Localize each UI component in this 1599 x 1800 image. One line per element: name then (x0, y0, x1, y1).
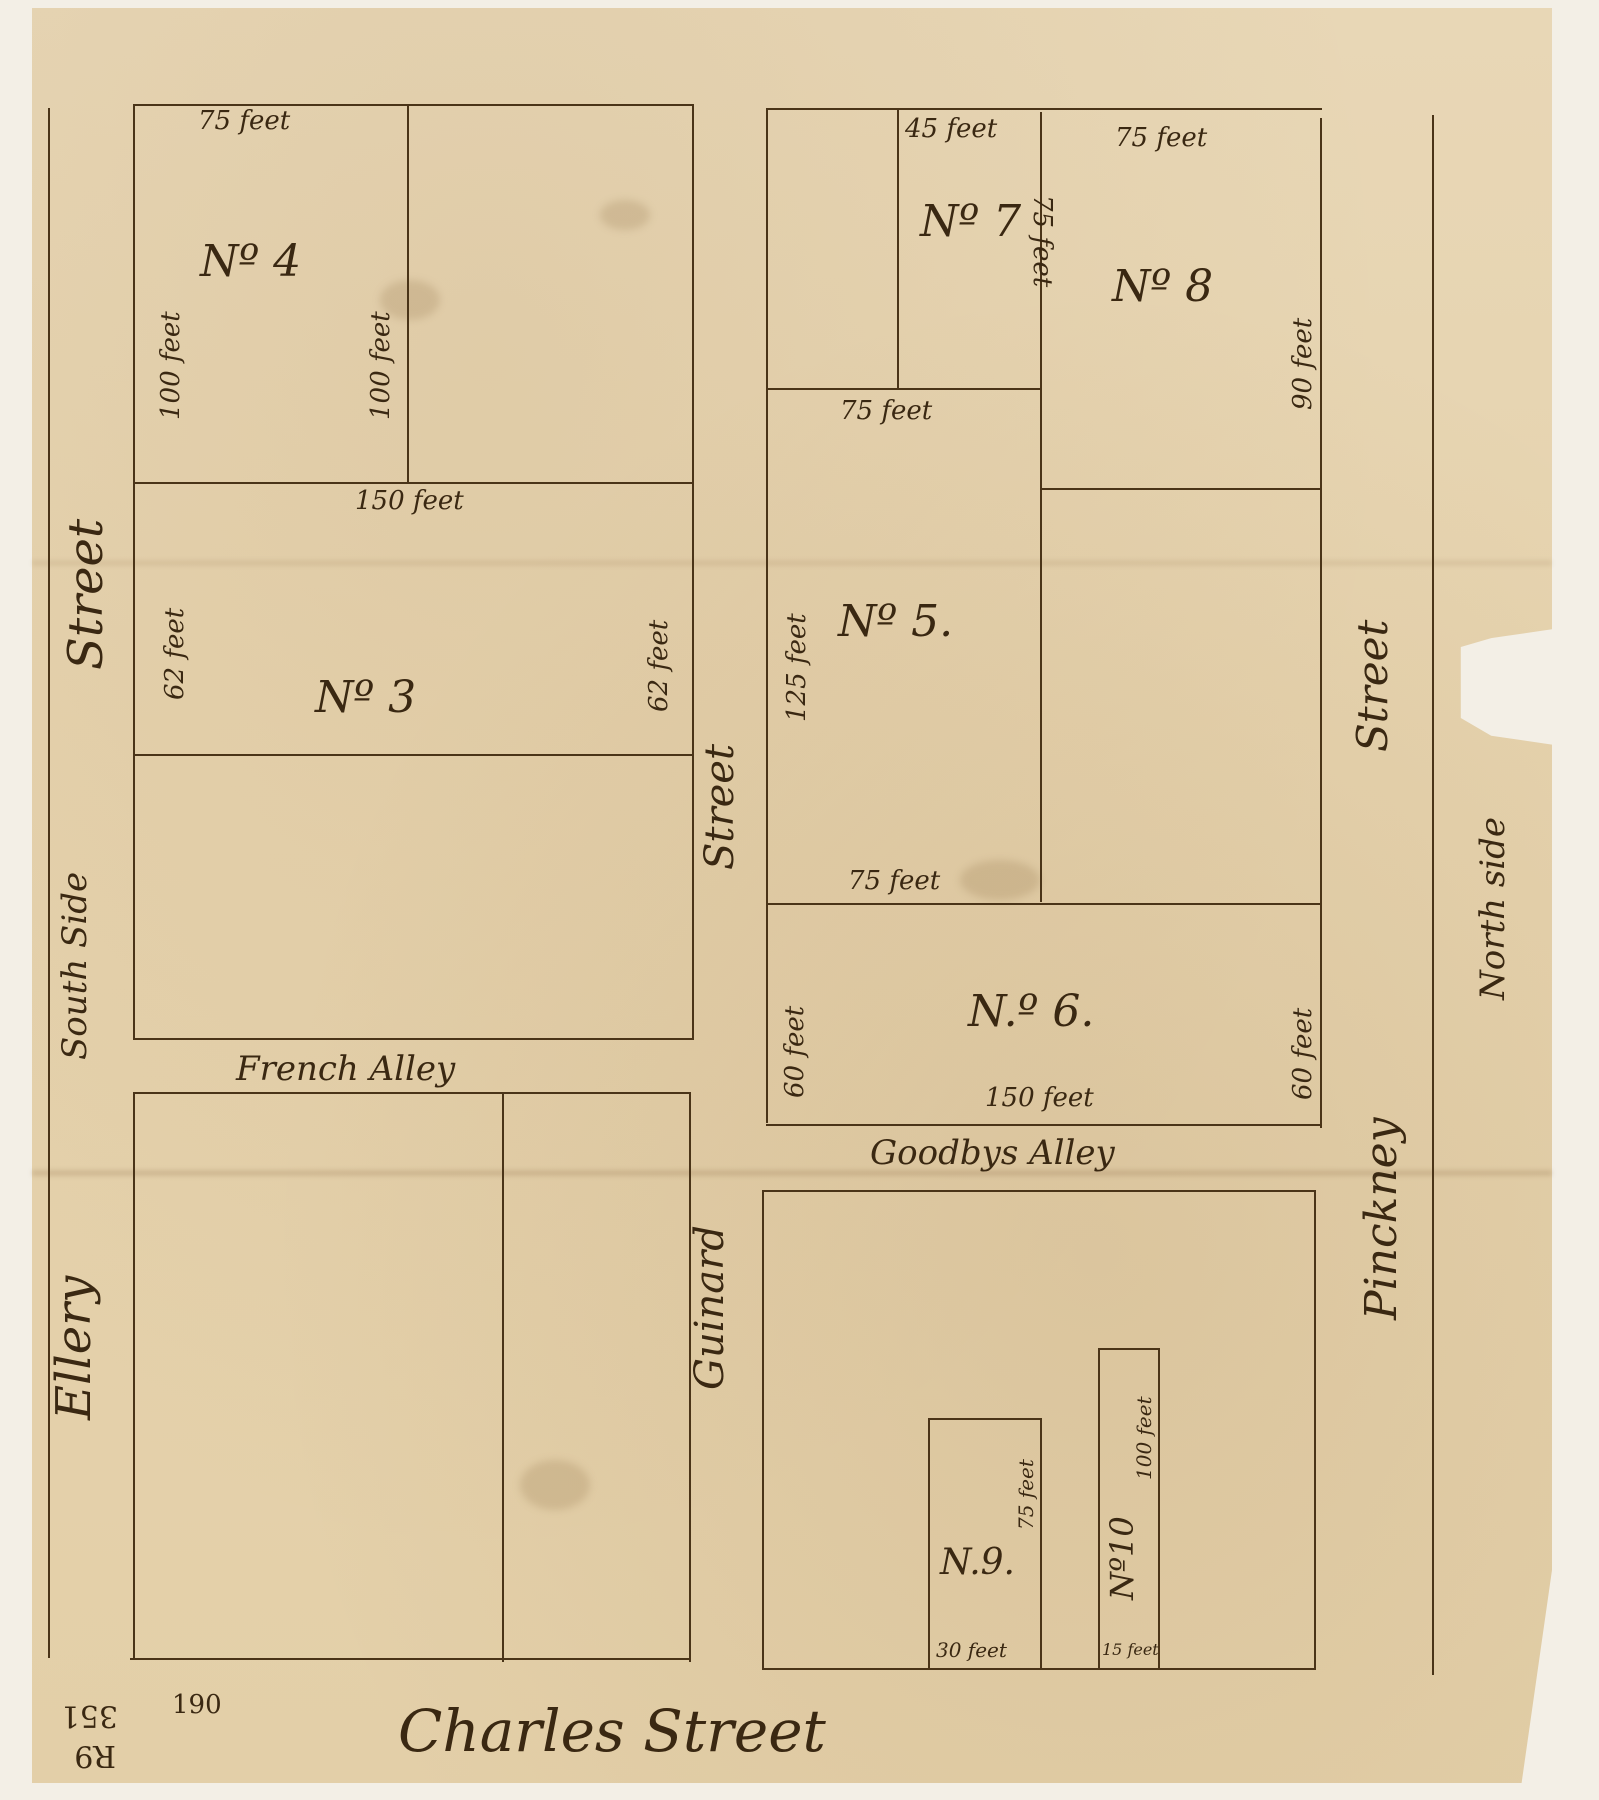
lot-number: Nº 4 (200, 240, 301, 284)
paper-fold (32, 1170, 1552, 1176)
dimension-right: 90 feet (1290, 318, 1316, 410)
dimension-left: 62 feet (162, 608, 188, 700)
lot-line (133, 1092, 135, 1660)
lot-line (1040, 1418, 1042, 1668)
french-alley-label: French Alley (236, 1052, 455, 1086)
lot-line (133, 1038, 693, 1040)
dimension-bottom: 15 feet (1102, 1642, 1159, 1658)
dimension-right: 100 feet (1134, 1396, 1154, 1480)
stain (600, 200, 650, 230)
catalog-annotation: R9 (74, 1740, 116, 1770)
lot-line (1314, 1190, 1316, 1670)
street-label-south-side: South Side (58, 872, 92, 1060)
lot-line (1098, 1348, 1100, 1668)
catalog-number: 190 (172, 1692, 222, 1718)
lot-number: Nº10 (1106, 1516, 1138, 1600)
street-label-pinckney: Pinckney (1360, 1117, 1404, 1320)
lot-line (133, 1092, 691, 1094)
lot-line (133, 104, 135, 1040)
lot-line (762, 1190, 764, 1670)
lot-line (766, 108, 1322, 110)
dimension-top: 75 feet (1115, 125, 1207, 151)
dimension-left: 60 feet (782, 1006, 808, 1098)
lot-number: Nº 8 (1112, 265, 1213, 309)
dimension-right: 75 feet (1016, 1459, 1036, 1530)
street-label-left-upper: Street (62, 519, 110, 670)
lot-line (766, 1124, 1322, 1126)
dimension-right: 100 feet (368, 311, 394, 420)
lot-line (762, 1190, 1316, 1192)
dimension-top: 45 feet (905, 116, 997, 142)
street-label-charles: Charles Street (398, 1702, 826, 1760)
lot-line (692, 104, 694, 1040)
lot-line (407, 104, 409, 484)
dimension-top: 150 feet (355, 488, 464, 514)
lot-line (1320, 118, 1322, 1128)
street-line-right (1432, 115, 1434, 1675)
catalog-annotation: 351 (61, 1700, 118, 1730)
lot-line (1100, 1348, 1160, 1350)
dimension-bottom: 150 feet (985, 1085, 1094, 1111)
lot-line (502, 1092, 504, 1662)
lot-line (130, 1658, 690, 1660)
dimension-bottom: 30 feet (936, 1640, 1007, 1660)
lot-line (762, 1668, 1316, 1670)
street-label-guinard: Guinard (690, 1225, 730, 1390)
lot-number: N.º 6. (968, 990, 1094, 1034)
lot-number: Nº 7 (920, 200, 1021, 244)
goodbys-alley-label: Goodbys Alley (870, 1136, 1115, 1170)
lot-number: N.9. (940, 1545, 1015, 1581)
lot-line (928, 1418, 930, 1668)
lot-number: Nº 5. (838, 600, 953, 644)
stain (960, 860, 1040, 900)
lot-line (897, 110, 899, 390)
lot-line (766, 903, 1322, 905)
dimension-top: 75 feet (198, 108, 290, 134)
lot-line (766, 108, 768, 1123)
dimension-right: 60 feet (1290, 1008, 1316, 1100)
dimension-top: 75 feet (840, 398, 932, 424)
lot-line (1040, 488, 1322, 490)
lot-line (766, 388, 1042, 390)
lot-line (930, 1418, 1042, 1420)
dimension-right: 75 feet (1029, 195, 1055, 287)
paper-fold (32, 560, 1552, 566)
dimension-left: 100 feet (158, 311, 184, 420)
lot-line (133, 754, 693, 756)
street-line-left (48, 108, 50, 1658)
street-label-ellery: Ellery (50, 1276, 98, 1420)
stain (520, 1460, 590, 1510)
dimension-left: 125 feet (784, 613, 810, 722)
lot-line (133, 482, 693, 484)
lot-line (1158, 1348, 1160, 1668)
lot-number: Nº 3 (315, 676, 416, 720)
street-label-north-side: North side (1476, 817, 1510, 1000)
dimension-right: 62 feet (646, 620, 672, 712)
dimension-bottom: 75 feet (848, 868, 940, 894)
street-label-right-upper: Street (1352, 620, 1394, 752)
street-label-center-upper: Street (700, 744, 740, 870)
